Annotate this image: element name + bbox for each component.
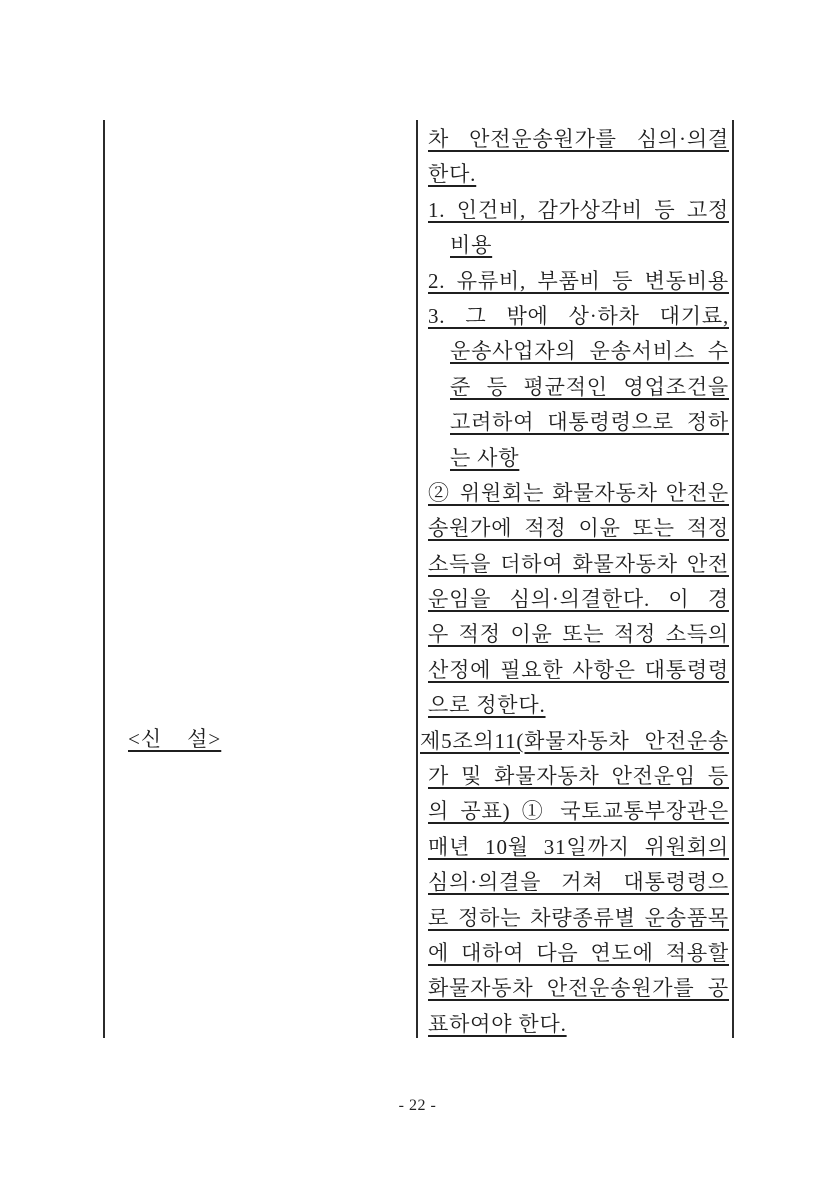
document-page: <신 설> 차 안전운송원가를 심의·의결한다.1. 인건비, 감가상각비 등 … xyxy=(0,0,835,1181)
statute-line: 소득을 더하여 화물자동차 안전 xyxy=(418,547,734,582)
statute-line: 송원가에 적정 이윤 또는 적정 xyxy=(418,511,734,546)
statute-line: 매년 10월 31일까지 위원회의 xyxy=(418,830,734,865)
statute-line: 2. 유류비, 부품비 등 변동비용 xyxy=(418,264,734,299)
current-law-column: <신 설> xyxy=(105,120,416,1038)
statute-line: 심의·의결을 거쳐 대통령령으 xyxy=(418,865,734,900)
statute-line: 화물자동차 안전운송원가를 공 xyxy=(418,971,734,1006)
page-number: - 22 - xyxy=(0,1097,835,1115)
statute-line: 3. 그 밖에 상·하차 대기료, xyxy=(418,299,734,334)
new-provision-marker: <신 설> xyxy=(128,723,221,753)
statute-line: 의 공표) ① 국토교통부장관은 xyxy=(418,794,734,829)
statute-line: 로 정하는 차량종류별 운송품목 xyxy=(418,901,734,936)
statute-line: 가 및 화물자동차 안전운임 등 xyxy=(418,759,734,794)
statute-line: 운송사업자의 운송서비스 수 xyxy=(418,334,734,369)
statute-line: 비용 xyxy=(418,228,734,263)
amendment-column: 차 안전운송원가를 심의·의결한다.1. 인건비, 감가상각비 등 고정비용2.… xyxy=(418,122,734,1042)
statute-line: 우 적정 이윤 또는 적정 소득의 xyxy=(418,617,734,652)
statute-line: ② 위원회는 화물자동차 안전운 xyxy=(418,476,734,511)
statute-line: 산정에 필요한 사항은 대통령령 xyxy=(418,653,734,688)
statute-line: 제5조의11(화물자동차 안전운송원 xyxy=(418,724,734,759)
statute-line: 에 대하여 다음 연도에 적용할 xyxy=(418,936,734,971)
statute-comparison-table: <신 설> 차 안전운송원가를 심의·의결한다.1. 인건비, 감가상각비 등 … xyxy=(103,120,734,1038)
statute-lines: 차 안전운송원가를 심의·의결한다.1. 인건비, 감가상각비 등 고정비용2.… xyxy=(418,122,734,1042)
statute-line: 운임을 심의·의결한다. 이 경 xyxy=(418,582,734,617)
statute-line: 으로 정한다. xyxy=(418,688,734,723)
statute-line: 고려하여 대통령령으로 정하 xyxy=(418,405,734,440)
statute-line: 준 등 평균적인 영업조건을 xyxy=(418,370,734,405)
statute-line: 한다. xyxy=(418,157,734,192)
statute-line: 는 사항 xyxy=(418,441,734,476)
statute-line: 1. 인건비, 감가상각비 등 고정 xyxy=(418,193,734,228)
statute-line: 표하여야 한다. xyxy=(418,1007,734,1042)
statute-line: 차 안전운송원가를 심의·의결 xyxy=(418,122,734,157)
